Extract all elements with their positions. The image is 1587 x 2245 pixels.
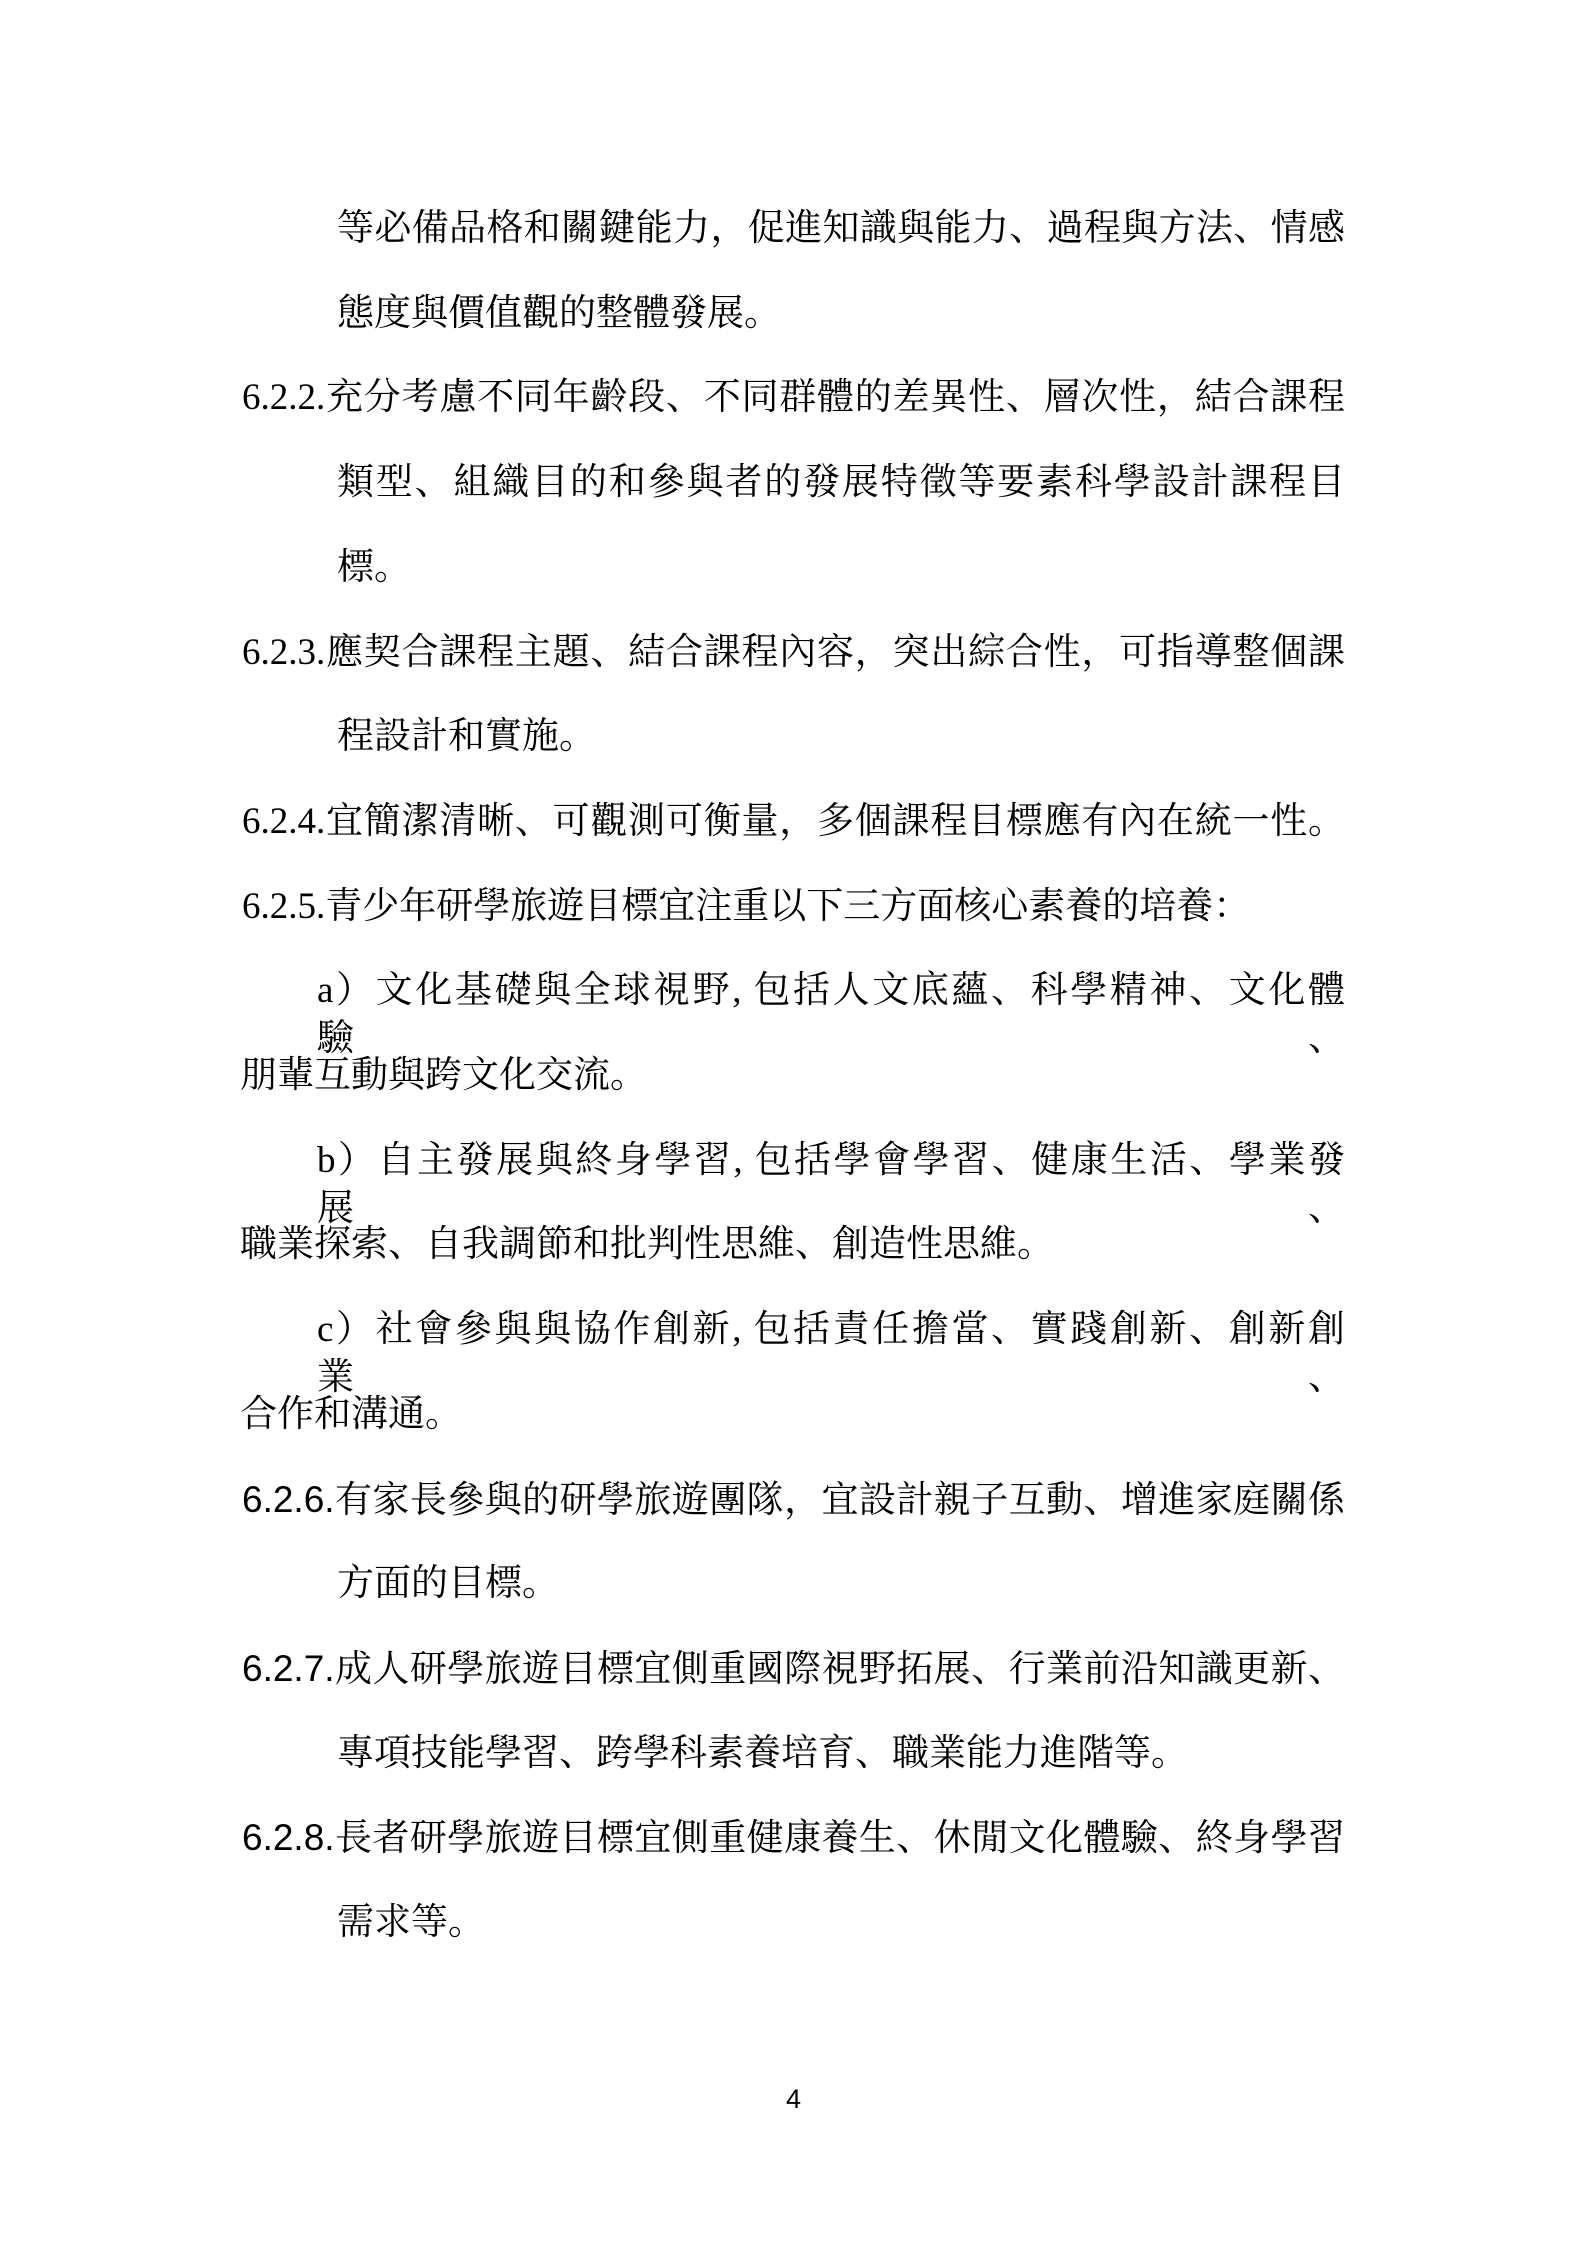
clause-text: 職業探索、自我調節和批判性思維、創造性思維。 xyxy=(240,1224,1054,1265)
clause-number: 6.2.3. xyxy=(242,632,325,673)
clause-number: 6.2.8. xyxy=(242,1817,335,1858)
clause-text: 方面的目標。 xyxy=(337,1563,559,1604)
clause-text: 合作和溝通。 xyxy=(240,1394,462,1435)
clause-number: 6.2.5. xyxy=(242,886,325,927)
text-line: 需求等。 xyxy=(337,1899,1345,1947)
clause-text: 需求等。 xyxy=(337,1902,485,1943)
document-page: 等必備品格和關鍵能力，促進知識與能力、過程與方法、情感態度與價值觀的整體發展。6… xyxy=(0,0,1587,2245)
clause-line-a: a）文化基礎與全球視野, 包括人文底蘊、科學精神、文化體驗、 xyxy=(317,967,1345,1063)
text-line: 類型、組織目的和參與者的發展特徵等要素科學設計課程目 xyxy=(337,459,1345,507)
clause-text: 成人研學旅遊目標宜側重國際視野拓展、行業前沿知識更新、 xyxy=(335,1649,1345,1690)
text-line: 職業探索、自我調節和批判性思維、創造性思維。 xyxy=(240,1221,1345,1269)
page-number: 4 xyxy=(0,2082,1587,2116)
clause-text: 社會參與與協作創新, 包括責任擔當、實踐創新、創新創業、 xyxy=(317,1309,1345,1398)
clause-line-6-2-4: 6.2.4.宜簡潔清晰、可觀測可衡量，多個課程目標應有內在統一性。 xyxy=(242,798,1345,846)
clause-number: 6.2.2. xyxy=(242,377,325,418)
text-line: 等必備品格和關鍵能力，促進知識與能力、過程與方法、情感 xyxy=(337,205,1345,253)
clause-line-6-2-5: 6.2.5.青少年研學旅遊目標宜注重以下三方面核心素養的培養： xyxy=(242,883,1345,931)
clause-text: 標。 xyxy=(337,547,411,588)
clause-line-6-2-7: 6.2.7.成人研學旅遊目標宜側重國際視野拓展、行業前沿知識更新、 xyxy=(242,1645,1345,1694)
clause-line-6-2-8: 6.2.8.長者研學旅遊目標宜側重健康養生、休閒文化體驗、終身學習 xyxy=(242,1814,1345,1863)
clause-text: 態度與價值觀的整體發展。 xyxy=(337,293,781,334)
text-line: 方面的目標。 xyxy=(337,1560,1345,1608)
clause-text: 應契合課程主題、結合課程內容，突出綜合性，可指導整個課 xyxy=(325,632,1345,673)
clause-text: 類型、組織目的和參與者的發展特徵等要素科學設計課程目 xyxy=(337,462,1345,503)
clause-text: 自主發展與終身學習, 包括學會學習、健康生活、學業發展、 xyxy=(317,1140,1345,1229)
clause-text: 充分考慮不同年齡段、不同群體的差異性、層次性，結合課程 xyxy=(325,377,1345,418)
clause-text: 文化基礎與全球視野, 包括人文底蘊、科學精神、文化體驗、 xyxy=(317,970,1345,1059)
clause-line-6-2-6: 6.2.6.有家長參與的研學旅遊團隊，宜設計親子互動、增進家庭關係 xyxy=(242,1476,1345,1525)
text-line: 合作和溝通。 xyxy=(240,1391,1345,1439)
clause-text: 等必備品格和關鍵能力，促進知識與能力、過程與方法、情感 xyxy=(337,208,1345,249)
clause-line-c: c）社會參與與協作創新, 包括責任擔當、實踐創新、創新創業、 xyxy=(317,1306,1345,1402)
text-line: 程設計和實施。 xyxy=(337,713,1345,761)
clause-text: 朋輩互動與跨文化交流。 xyxy=(240,1055,647,1096)
clause-text: 長者研學旅遊目標宜側重健康養生、休閒文化體驗、終身學習 xyxy=(335,1818,1345,1859)
clause-line-6-2-3: 6.2.3.應契合課程主題、結合課程內容，突出綜合性，可指導整個課 xyxy=(242,629,1345,677)
clause-number: b） xyxy=(317,1140,378,1181)
clause-number: 6.2.7. xyxy=(242,1648,335,1689)
clause-text: 有家長參與的研學旅遊團隊，宜設計親子互動、增進家庭關係 xyxy=(335,1480,1345,1521)
clause-number: c） xyxy=(317,1309,376,1350)
clause-text: 程設計和實施。 xyxy=(337,716,596,757)
clause-line-b: b）自主發展與終身學習, 包括學會學習、健康生活、學業發展、 xyxy=(317,1137,1345,1233)
text-line: 朋輩互動與跨文化交流。 xyxy=(240,1052,1345,1100)
clause-line-6-2-2: 6.2.2.充分考慮不同年齡段、不同群體的差異性、層次性，結合課程 xyxy=(242,374,1345,422)
clause-number: 6.2.4. xyxy=(242,801,325,842)
text-line: 標。 xyxy=(337,544,1345,592)
clause-number: 6.2.6. xyxy=(242,1479,335,1520)
clause-text: 宜簡潔清晰、可觀測可衡量，多個課程目標應有內在統一性。 xyxy=(325,801,1345,842)
text-line: 態度與價值觀的整體發展。 xyxy=(337,290,1345,338)
clause-number: a） xyxy=(317,970,376,1011)
clause-text: 青少年研學旅遊目標宜注重以下三方面核心素養的培養： xyxy=(325,886,1250,927)
clause-text: 專項技能學習、跨學科素養培育、職業能力進階等。 xyxy=(337,1733,1188,1774)
text-line: 專項技能學習、跨學科素養培育、職業能力進階等。 xyxy=(337,1730,1345,1778)
